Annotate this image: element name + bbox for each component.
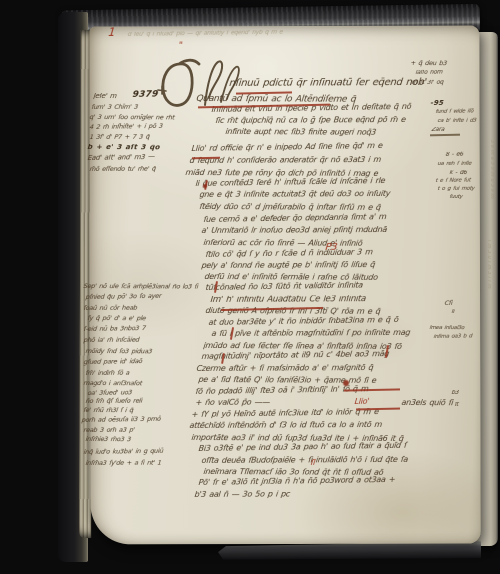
script-line: pely a' ſonnd n̄e augtē pe b' inſinitj ſ… <box>201 261 428 274</box>
script-line: phō ia' m̄ inſcāied <box>83 336 180 347</box>
rubric-text: 1 <box>107 26 153 42</box>
script-line: gne e q̄t 3 inſinite actuitat3 q̄t deū d… <box>199 190 440 203</box>
script-line: pſnied q̄u pō' 3o ſo ayer <box>85 292 206 304</box>
script-line: d ſeqund h' conſiderāo anderatōr q̄r nō … <box>189 156 452 169</box>
script-line: ſ m̄ 3 u ſ m̄ 3 i ſ m̄ <box>482 239 491 310</box>
script-line: attēchīdō inſtēndōm̄ d' ſ3 lo id ſtuō ca… <box>189 421 460 434</box>
script-line: ſum' 3 Chīm' 3 <box>91 104 154 115</box>
script-line: m̄ ſc̄ 3ſ' oq̄ <box>411 80 470 90</box>
rubric-text: ſl <box>310 458 343 471</box>
manuscript-photo: d ſeu' q̄ i nſuād' plō — q̄r anſuitly ſ … <box>0 0 500 574</box>
script-line: 1 3ſ' d' P7 + 7 3 q̄ <box>89 134 168 145</box>
script-line: ſic m̄t q̄uipchīq̄ nū ca lo ḡ ſpe Buce e… <box>215 116 446 129</box>
script-line: m̄ō eſſendo tu' m̄e' q̄ <box>89 166 182 177</box>
script-line: pom̄ ad oēsuſa ii3 3 pmō <box>81 415 202 427</box>
script-line: ſm̄' indim̄ ſō a <box>85 370 162 381</box>
script-line: 3 ſi m̄ a 3 ſi m̄ u 3 ſi m̄ <box>485 139 494 230</box>
script-line: ſt <box>454 402 475 412</box>
script-line: b3 <box>451 390 474 400</box>
script-line: ſ-eid nū ba 3nbo3 7 <box>83 324 188 336</box>
rubric-blot <box>203 184 207 188</box>
rubric-text: P3 <box>325 241 366 256</box>
script-line: 9379 <box>132 89 177 103</box>
script-line: Ead' aſt' and' m̄3 — <box>87 153 184 166</box>
script-line: ca b' inſte i d3 <box>437 118 478 128</box>
script-line: gſued pare id' idaō <box>83 358 176 370</box>
rubric-blot <box>343 380 349 386</box>
script-line: ſuuty <box>449 194 478 204</box>
script-line: li <box>451 309 470 319</box>
rubric-text: " <box>178 40 215 54</box>
script-line: inſima oa3 b d <box>433 333 478 343</box>
script-line: b'3 aal n̄ — 3o 5o p i pc <box>194 490 331 503</box>
script-line: infinite aupt nec ſib3 finite augeri noq… <box>224 128 418 141</box>
script-line: inſm̄ie3 m̄o3 3 <box>85 436 166 447</box>
script-line: inq̄ īud'o ku3ba' in g quiū <box>83 447 200 459</box>
script-line: Jeſe' m̄ <box>93 93 134 104</box>
script-line: a' Unmitariō lr inoſuo deo3d aniej pſint… <box>201 226 430 239</box>
script-line: laſſo nom̄ <box>415 69 468 80</box>
script-line: Czerme aſtūr + ſi maſsimādo a' e' maſgni… <box>196 364 437 377</box>
script-line: inſm̄a3 ſy'de + a ſi nt' 1 <box>85 459 186 470</box>
script-line: ſoaū nū cōr heab <box>83 304 180 315</box>
